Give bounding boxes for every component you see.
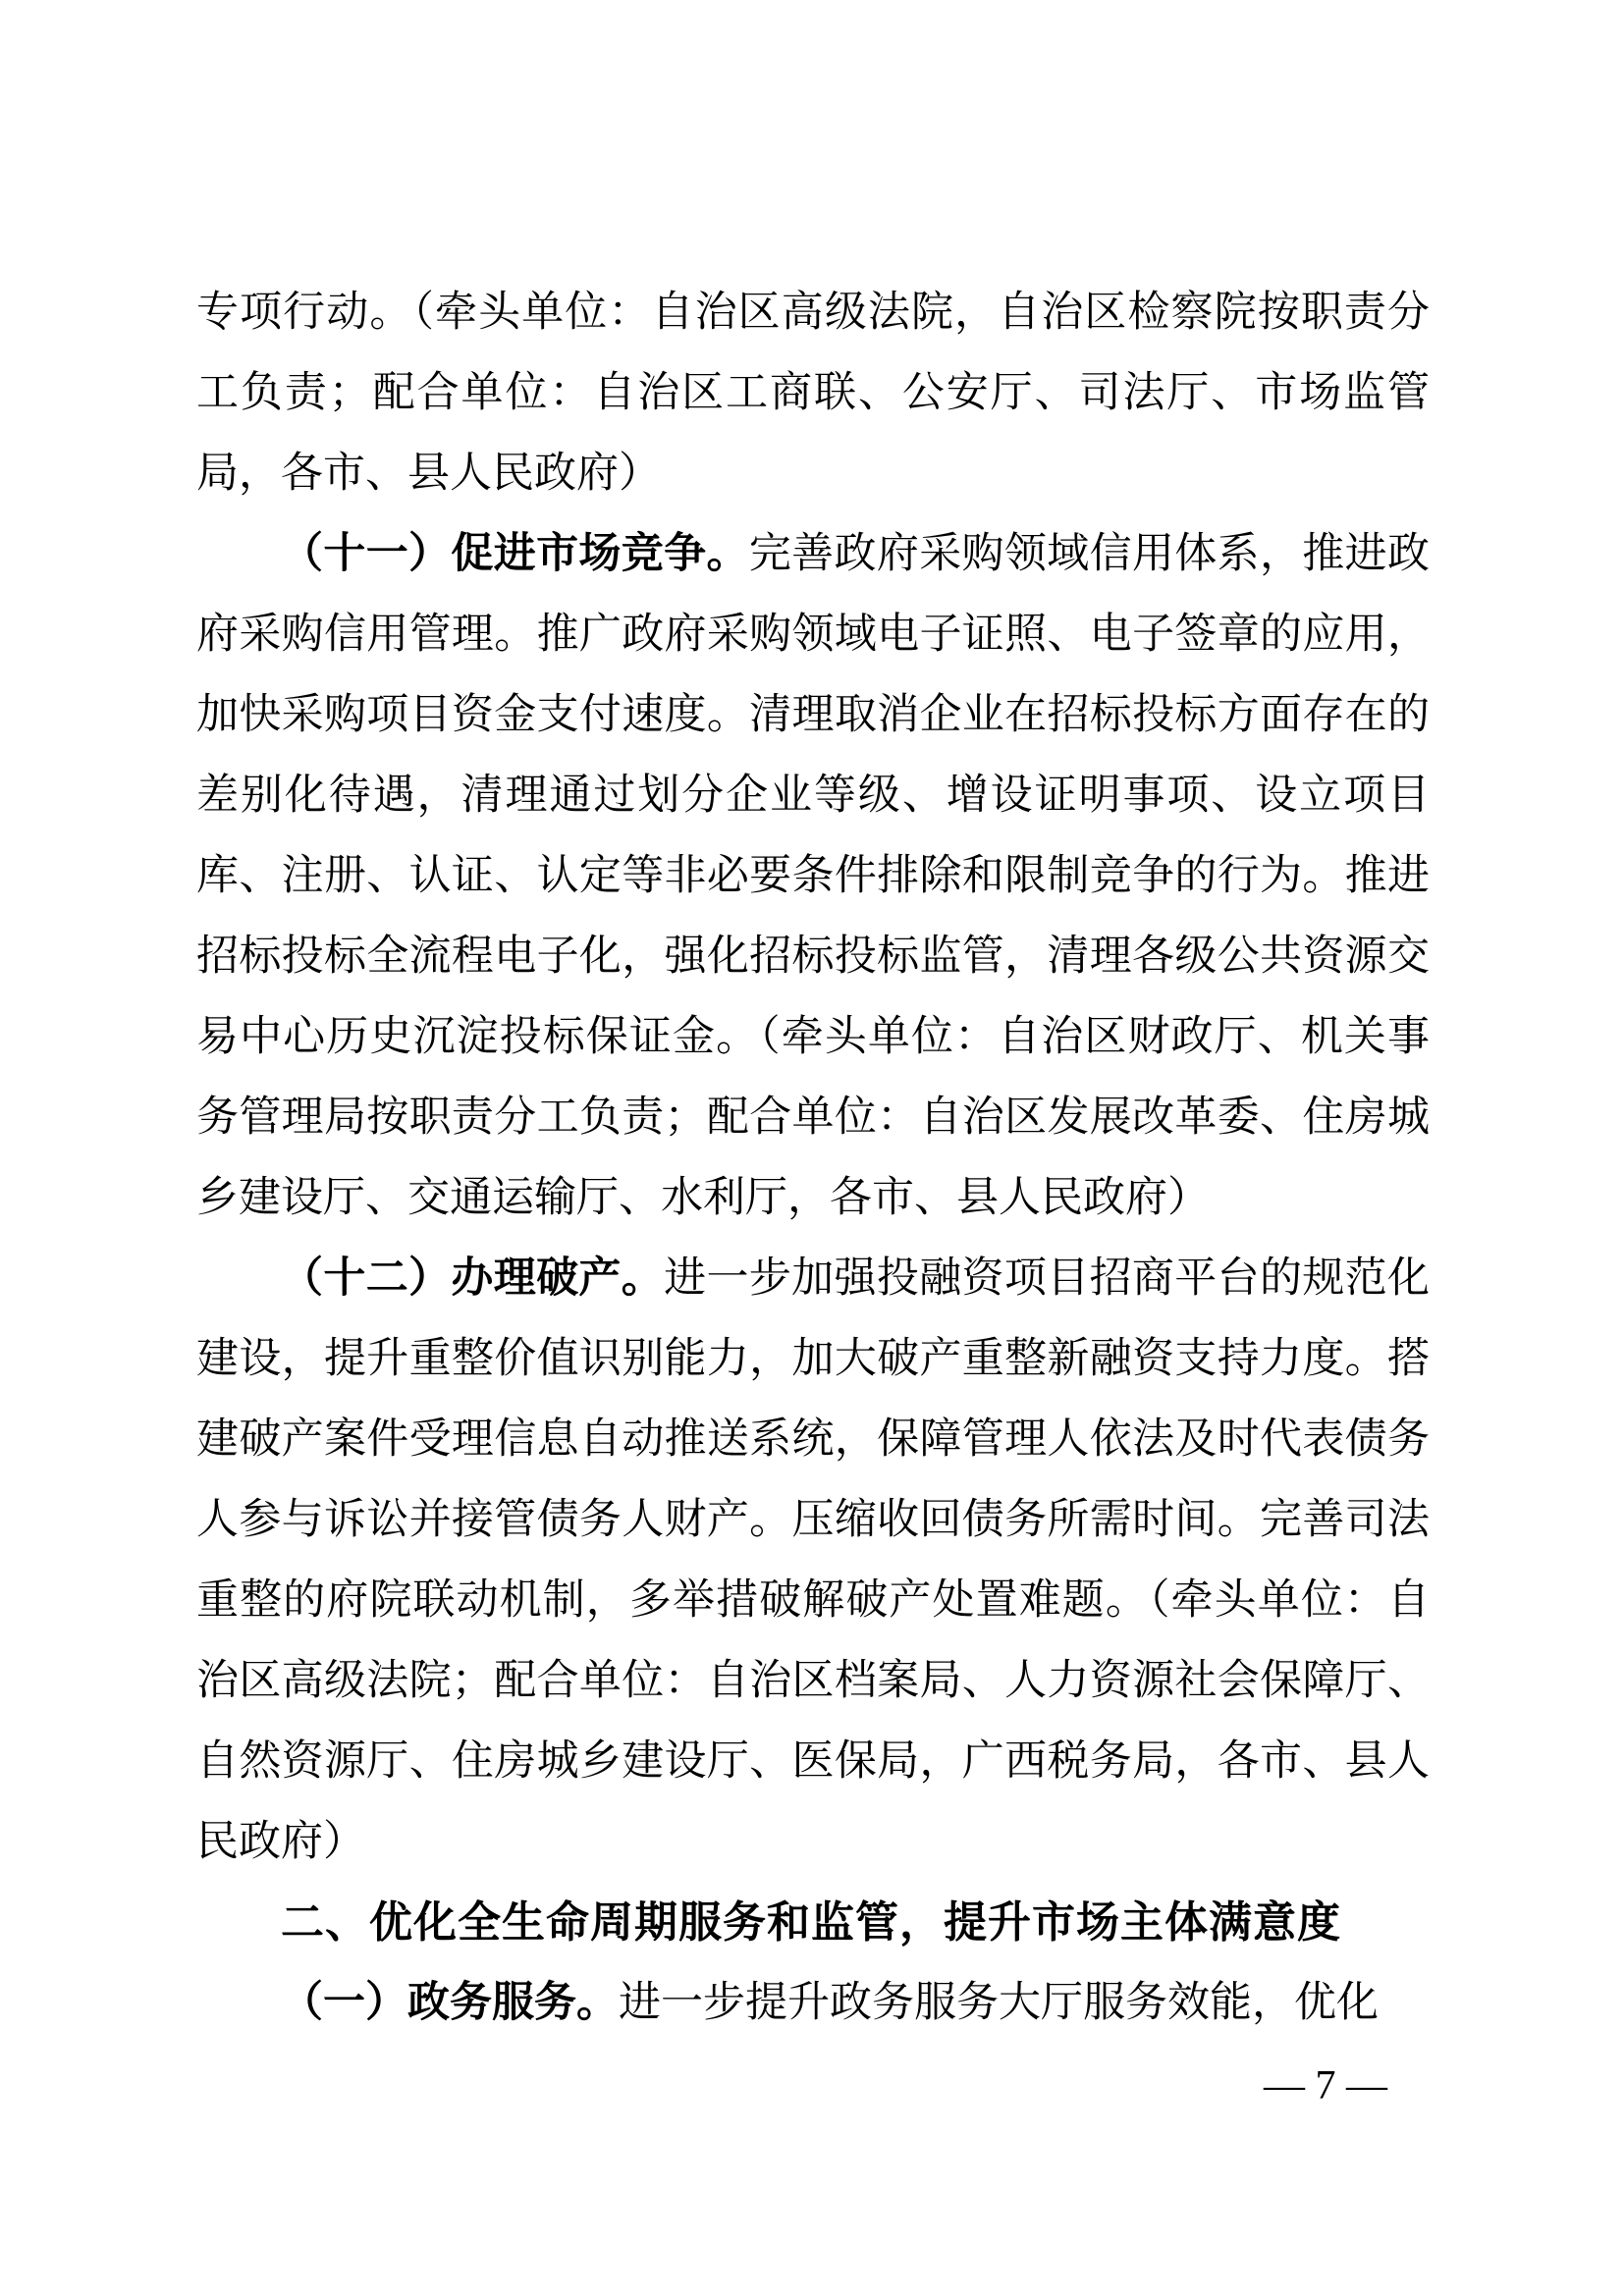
document-body: 专项行动。（牵头单位：自治区高级法院，自治区检察院按职责分工负责；配合单位：自治…	[196, 273, 1430, 2044]
document-page: 专项行动。（牵头单位：自治区高级法院，自治区检察院按职责分工负责；配合单位：自治…	[0, 0, 1624, 2296]
paragraph-text: 专项行动。（牵头单位：自治区高级法院，自治区检察院按职责分工负责；配合单位：自治…	[196, 290, 1430, 497]
paragraph-continuation: 专项行动。（牵头单位：自治区高级法院，自治区检察院按职责分工负责；配合单位：自治…	[196, 273, 1430, 514]
paragraph-lead: （一）政务服务。	[281, 1980, 619, 2026]
section-heading: 二、优化全生命周期服务和监管，提升市场主体满意度	[196, 1883, 1430, 1963]
paragraph-text: 完善政府采购领域信用体系，推进政府采购信用管理。推广政府采购领域电子证照、电子签…	[196, 531, 1430, 1221]
paragraph-item-twelve: （十二）办理破产。进一步加强投融资项目招商平台的规范化建设，提升重整价值识别能力…	[196, 1239, 1430, 1883]
paragraph-item-one: （一）政务服务。进一步提升政务服务大厅服务效能，优化	[196, 1963, 1430, 2044]
paragraph-text: 进一步加强投融资项目招商平台的规范化建设，提升重整价值识别能力，加大破产重整新融…	[196, 1255, 1430, 1865]
paragraph-item-eleven: （十一）促进市场竞争。完善政府采购领域信用体系，推进政府采购信用管理。推广政府采…	[196, 514, 1430, 1239]
paragraph-lead: （十一）促进市场竞争。	[281, 531, 749, 577]
page-number: — 7 —	[1264, 2063, 1387, 2109]
paragraph-text: 进一步提升政务服务大厅服务效能，优化	[619, 1980, 1379, 2026]
paragraph-lead: （十二）办理破产。	[281, 1255, 664, 1302]
